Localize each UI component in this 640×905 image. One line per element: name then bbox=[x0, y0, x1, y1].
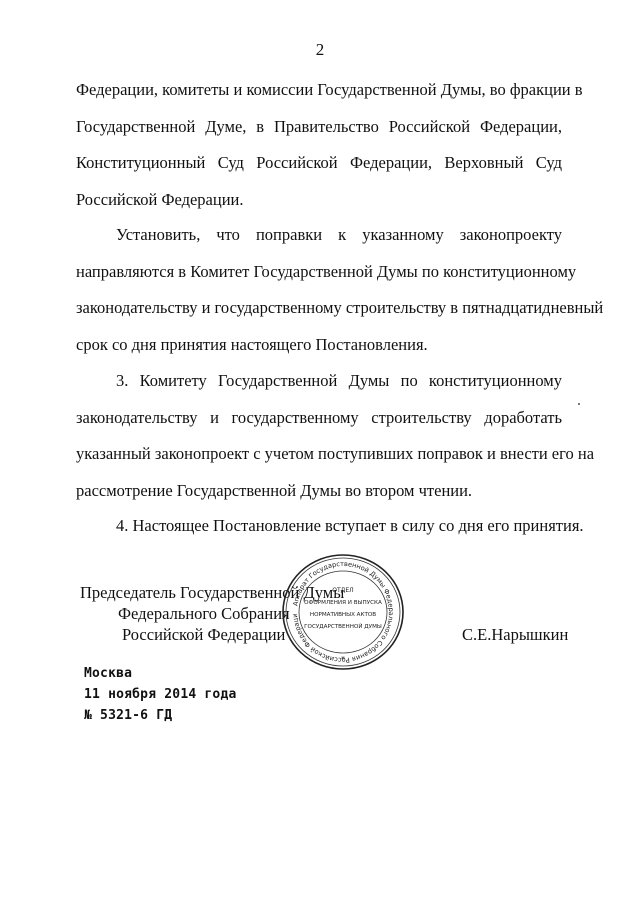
official-stamp: Аппарат Государственной Думы Федеральног… bbox=[278, 552, 408, 672]
text-line: Государственной Думе, в Правительство Ро… bbox=[76, 109, 562, 146]
footer-number: № 5321-6 ГД bbox=[84, 705, 237, 726]
paragraph-amendments: Установить, что поправки к указанному за… bbox=[76, 217, 562, 363]
text-line: законодательству и государственному стро… bbox=[76, 400, 562, 437]
signatory-title-line-2: Федерального Собрания bbox=[118, 603, 290, 624]
document-footer: Москва 11 ноября 2014 года № 5321-6 ГД bbox=[84, 663, 237, 726]
footer-date: 11 ноября 2014 года bbox=[84, 684, 237, 705]
text-line: Конституционный Суд Российской Федерации… bbox=[76, 145, 562, 182]
scan-speck bbox=[578, 403, 580, 405]
text-line: Федерации, комитеты и комиссии Государст… bbox=[76, 72, 562, 109]
text-line: Российской Федерации. bbox=[76, 182, 562, 219]
text-line: указанный законопроект с учетом поступив… bbox=[76, 436, 562, 473]
paragraph-item-3: 3. Комитету Государственной Думы по конс… bbox=[76, 363, 562, 509]
text-line: рассмотрение Государственной Думы во вто… bbox=[76, 473, 562, 510]
paragraph-item-4: 4. Настоящее Постановление вступает в си… bbox=[76, 508, 562, 545]
stamp-center-line: ГОСУДАРСТВЕННОЙ ДУМЫ bbox=[304, 623, 382, 630]
stamp-center-line: ОФОРМЛЕНИЯ И ВЫПУСКА bbox=[304, 600, 382, 606]
text-line: 3. Комитету Государственной Думы по конс… bbox=[76, 363, 562, 400]
text-line: срок со дня принятия настоящего Постанов… bbox=[76, 327, 562, 364]
text-line: законодательству и государственному стро… bbox=[76, 290, 562, 327]
signatory-title-line-3: Российской Федерации bbox=[122, 624, 285, 645]
stamp-center-line: ОТДЕЛ bbox=[332, 587, 353, 594]
footer-city: Москва bbox=[84, 663, 237, 684]
stamp-star-icon: * bbox=[341, 655, 345, 664]
stamp-seal-icon: Аппарат Государственной Думы Федеральног… bbox=[278, 552, 408, 672]
text-line: 4. Настоящее Постановление вступает в си… bbox=[76, 508, 562, 545]
text-line: Установить, что поправки к указанному за… bbox=[76, 217, 562, 254]
paragraph-recipients: Федерации, комитеты и комиссии Государст… bbox=[76, 72, 562, 218]
text-line: направляются в Комитет Государственной Д… bbox=[76, 254, 562, 291]
signatory-name: С.Е.Нарышкин bbox=[462, 624, 568, 645]
page-number: 2 bbox=[0, 40, 640, 60]
stamp-center-line: НОРМАТИВНЫХ АКТОВ bbox=[310, 612, 376, 618]
